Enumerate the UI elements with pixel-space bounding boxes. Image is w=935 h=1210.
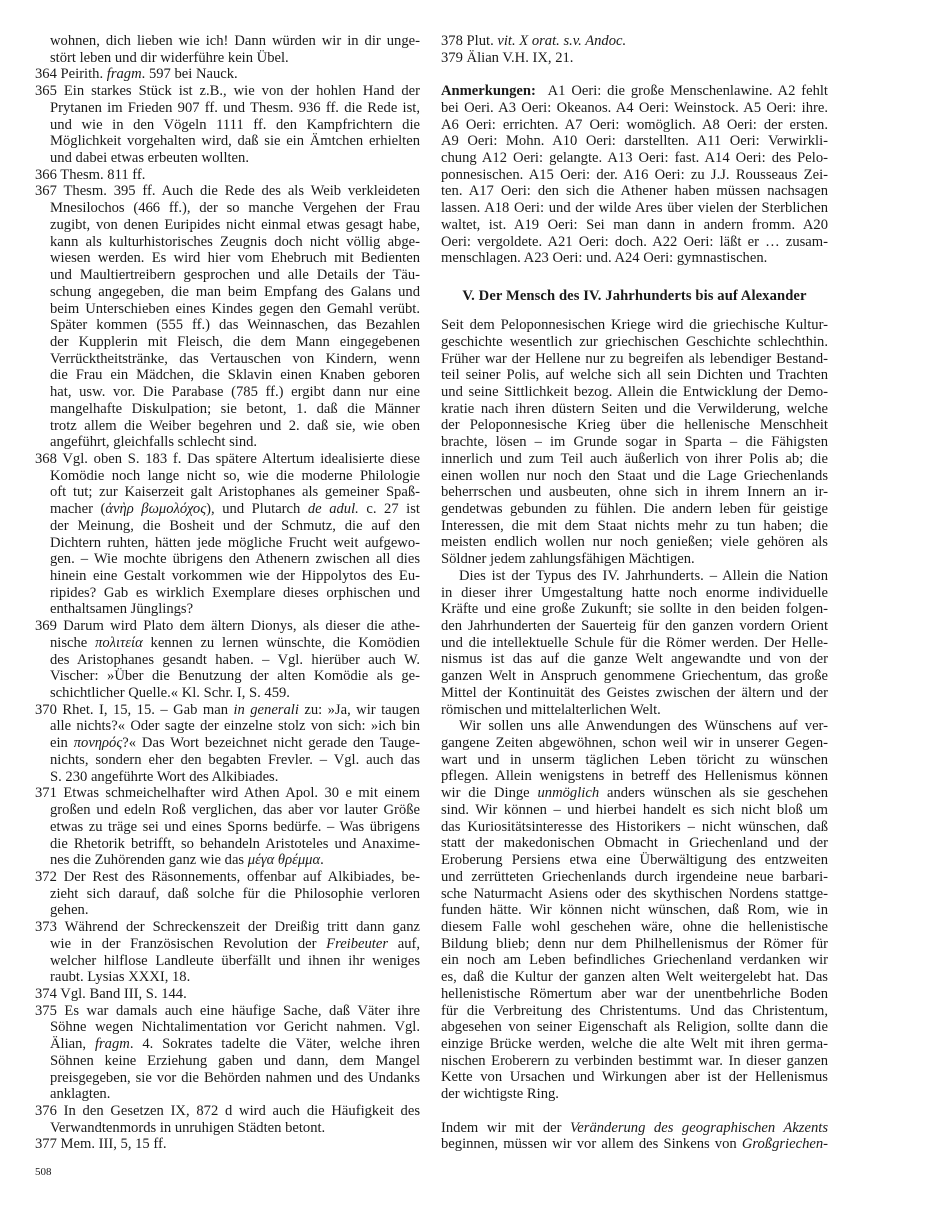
footnote-line: der Meinung, die Bosheit und der Schmutz…	[35, 518, 420, 535]
paragraph-line: gangene Zeiten abgewöhnen, schon weil wi…	[441, 735, 828, 752]
italic-text: ἀνὴρ βωμολόχος	[105, 501, 206, 517]
spacer	[441, 267, 828, 281]
footnote-line: 371 Etwas schmeichelhafter wird Athen Ap…	[35, 785, 420, 802]
paragraph-line: Dies ist der Typus des IV. Jahrhunderts.…	[441, 568, 828, 585]
footnote-line: gehen.	[35, 902, 420, 919]
paragraph-line: kratie nach ihren düstern Seiten und die…	[441, 401, 828, 418]
footnote-367: 367 Thesm. 395 ff. Auch die Rede des als…	[35, 183, 420, 451]
footnote-line: zieht sich darauf, daß solche für die Ph…	[35, 886, 420, 903]
footnote-line: hat, usw. vor. Die Parabase (785 ff.) er…	[35, 384, 420, 401]
footnote-line: 376 In den Gesetzen IX, 872 d wird auch …	[35, 1103, 420, 1120]
paragraph-line: einzige Brücke werden, welche die alte W…	[441, 1036, 828, 1053]
footnote-line: 364 Peirith. fragm. 597 bei Nauck.	[35, 66, 420, 83]
remarks-line: menschlagen. A23 Oeri: und. A24 Oeri: gy…	[441, 250, 828, 267]
paragraph-line: wart und in unserm täglichen Leben töric…	[441, 752, 828, 769]
section-heading: V. Der Mensch des IV. Jahrhunderts bis a…	[441, 287, 828, 305]
paragraph-line: den Jahrhunderten der Sauerteig für den …	[441, 618, 828, 635]
paragraph-line: für die Verbreitung des Christentums. Un…	[441, 1003, 828, 1020]
paragraph-line: hellenistische Römertum aber war der une…	[441, 986, 828, 1003]
paragraph-line: brachte, lösen – im Grunde sogar in Spar…	[441, 434, 828, 451]
footnote-line: 377 Mem. III, 5, 15 ff.	[35, 1136, 420, 1153]
paragraph-line: abgesehen von seiner Eigenschaft als Rel…	[441, 1019, 828, 1036]
paragraph-line: beherrschen und ausbeuten, ohne sich in …	[441, 484, 828, 501]
footnote-line: nes die Zuhörenden ganz wie das μέγα θρέ…	[35, 852, 420, 869]
footnote-369: 369 Darum wird Plato dem ältern Dionys, …	[35, 618, 420, 702]
footnote-374: 374 Vgl. Band III, S. 144.	[35, 986, 420, 1003]
footnote-line: Vischer: »Über die Benutzung der alten K…	[35, 668, 420, 685]
paragraph-line: Eroberung Persiens etwa eine Überwältigu…	[441, 852, 828, 869]
italic-text: Großgriechen-	[742, 1136, 828, 1152]
remarks-line: Oeri: vergoldete. A21 Oeri: doch. A22 Oe…	[441, 234, 828, 251]
body-paragraph: Dies ist der Typus des IV. Jahrhunderts.…	[441, 568, 828, 718]
footnote-364: 364 Peirith. fragm. 597 bei Nauck.	[35, 66, 420, 83]
paragraph-line: gendetwas gebunden zu fühlen. Die andern…	[441, 501, 828, 518]
body-paragraph: Seit dem Peloponnesischen Kriege wird di…	[441, 317, 828, 568]
footnote-line: 372 Der Rest des Räsonnements, offenbar …	[35, 869, 420, 886]
footnote-line: S. 230 angeführte Wort des Alkibiades.	[35, 769, 420, 786]
footnote-line: 366 Thesm. 811 ff.	[35, 167, 420, 184]
remarks-line: lassen. A18 Oeri: und der wilde Ares übe…	[441, 200, 828, 217]
footnote-line: des Aristophanes gesandt haben. – Vgl. h…	[35, 652, 420, 669]
paragraph-line: innerlich und zum Teil auch äußerlich vo…	[441, 451, 828, 468]
paragraph-line: diesem Falle wohl geschehen wäre, ohne d…	[441, 919, 828, 936]
footnote-line: nische πολιτεία kennen zu lernen wünscht…	[35, 635, 420, 652]
footnote-line: Komödie noch lange nicht so, wie die mod…	[35, 468, 420, 485]
footnote-line: 368 Vgl. oben S. 183 f. Das spätere Alte…	[35, 451, 420, 468]
body-paragraph: Wir sollen uns alle Anwendungen des Wüns…	[441, 718, 828, 1103]
footnote-line: enthaltsamen Jünglings?	[35, 601, 420, 618]
footnote-line: 365 Ein starkes Stück ist z.B., wie von …	[35, 83, 420, 100]
footnote-371: 371 Etwas schmeichelhafter wird Athen Ap…	[35, 785, 420, 869]
footnote-379: 379 Älian V.H. IX, 21.	[441, 50, 828, 67]
paragraph-line: in dieser ihrer Umgestaltung hatte noch …	[441, 585, 828, 602]
paragraph-line: und zerrütteten Griechenlands durch irge…	[441, 869, 828, 886]
footnote-370: 370 Rhet. I, 15, 15. – Gab man in genera…	[35, 702, 420, 786]
footnote-line: wiesen werden. Es wird hier vom Ehebruch…	[35, 250, 420, 267]
paragraph-line: ganzen Welt in Anspruch genommene Griech…	[441, 668, 828, 685]
paragraph-line: Seit dem Peloponnesischen Kriege wird di…	[441, 317, 828, 334]
footnote-line: etwas zu träge sei und eines Sporns bedü…	[35, 819, 420, 836]
footnote-377: 377 Mem. III, 5, 15 ff.	[35, 1136, 420, 1153]
paragraph-line: geschichte wesentlich zur griechischen G…	[441, 334, 828, 351]
footnote-line: Möglichkeit vorgehalten wird, daß sie ei…	[35, 133, 420, 150]
italic-text: μέγα θρέμμα	[248, 852, 320, 868]
footnote-line: die Rhetorik betrifft, so behandeln Aris…	[35, 836, 420, 853]
footnote-378: 378 Plut. vit. X orat. s.v. Andoc.	[441, 33, 828, 50]
footnote-line: und Maultiertreibern gesprochen und alle…	[35, 267, 420, 284]
footnote-376: 376 In den Gesetzen IX, 872 d wird auch …	[35, 1103, 420, 1136]
paragraph-line: funden hätte. Wir können nicht wünschen,…	[441, 902, 828, 919]
italic-text: Freibeuter	[326, 936, 388, 952]
footnote-line: Verrücktheitstränke, das Vertauschen von…	[35, 351, 420, 368]
paragraph-line: einen wollen nur noch den Staat und die …	[441, 468, 828, 485]
footnote-line: trotz allem die Weiber begehren und 2. d…	[35, 418, 420, 435]
paragraph-line: Kette von Ursachen und Wirkungen aber is…	[441, 1069, 828, 1086]
footnote-line: preisgegeben, sie vor die Behörden nahme…	[35, 1070, 420, 1087]
footnote-line: Später kommen (555 ff.) das Weinnaschen,…	[35, 317, 420, 334]
footnote-continuation-line: wohnen, dich lieben wie ich! Dann würden…	[35, 33, 420, 50]
remarks-label: Anmerkungen:	[441, 83, 548, 99]
footnote-line: 370 Rhet. I, 15, 15. – Gab man in genera…	[35, 702, 420, 719]
paragraph-line: Mittel der Kontinuität des Geistes zwisc…	[441, 685, 828, 702]
italic-text: Veränderung des geographischen Akzents	[570, 1120, 828, 1136]
paragraph-line: ein noch am Leben befindliches Griechenl…	[441, 952, 828, 969]
paragraph-line: Wir sollen uns alle Anwendungen des Wüns…	[441, 718, 828, 735]
footnote-line: raubt. Lysias XXXI, 18.	[35, 969, 420, 986]
paragraph-line: nismus ist das auf die ganze Welt angewa…	[441, 651, 828, 668]
footnote-line: alle nichts?« Oder sagte der einzelne st…	[35, 718, 420, 735]
footnote-line: Söhnen keine Erziehung gaben und dann, d…	[35, 1053, 420, 1070]
paragraph-line: römischen und mittelalterlichen Welt.	[441, 702, 828, 719]
paragraph-line: der wichtigste Ring.	[441, 1086, 828, 1103]
paragraph-line: sche Naturmacht Asiens oder des skythisc…	[441, 886, 828, 903]
paragraph-line: der Peloponnesische Krieg über die helle…	[441, 417, 828, 434]
footnote-line: Söhne wegen Nichtalimentation vor Gerich…	[35, 1019, 420, 1036]
remarks-line: Anmerkungen: A1 Oeri: die große Menschen…	[441, 83, 828, 100]
paragraph-line: Interessen, die mit dem Staat nichts meh…	[441, 518, 828, 535]
italic-text: in generali	[233, 702, 298, 718]
footnote-line: Verwandtenmords in unruhigen Städten bet…	[35, 1120, 420, 1137]
footnote-line: 379 Älian V.H. IX, 21.	[441, 50, 828, 67]
footnote-line: wie in der Französischen Revolution der …	[35, 936, 420, 953]
paragraph-line: Bildung blieb; denn nur dem Philhellenis…	[441, 936, 828, 953]
footnote-line: schung angegeben, die man beim Empfang d…	[35, 284, 420, 301]
footnote-line: gen. – Wie mochte übrigens den Athenern …	[35, 551, 420, 568]
paragraph-line: Kräfte und eine große Zukunft; sie sollt…	[441, 601, 828, 618]
footnote-368: 368 Vgl. oben S. 183 f. Das spätere Alte…	[35, 451, 420, 618]
footnote-line: 375 Es war damals auch eine häufige Sach…	[35, 1003, 420, 1020]
footnote-line: ripides? Gab es wirklich Exemplare diese…	[35, 585, 420, 602]
footnote-line: beim Unterschieben eines Kindes gegen de…	[35, 301, 420, 318]
footnote-line: großen und edeln Roß verglichen, das abe…	[35, 802, 420, 819]
paragraph-line: und seine Sittlichkeit bezog. Allein die…	[441, 384, 828, 401]
footnote-line: schichtlicher Quelle.« Kl. Schr. I, S. 4…	[35, 685, 420, 702]
footnote-line: oft tut; zur Kaiserzeit galt Aristophane…	[35, 484, 420, 501]
footnote-line: Prytanen im Frieden 907 ff. und Thesm. 9…	[35, 100, 420, 117]
italic-text: πολιτεία	[95, 635, 143, 651]
footnote-line: und dabei etwas erbeuten wollten.	[35, 150, 420, 167]
paragraph-line: das Kuriositätsinteresse des Historikers…	[441, 819, 828, 836]
italic-text: de adul.	[308, 501, 359, 517]
paragraph-line: meisten endlich wollen nur noch genießen…	[441, 534, 828, 551]
paragraph-line: und die intellektuelle Schule für die Rö…	[441, 635, 828, 652]
italic-text: fragm	[95, 1036, 130, 1052]
footnote-line: macher (ἀνὴρ βωμολόχος), und Plutarch de…	[35, 501, 420, 518]
footnote-line: nichts, sondern eher den begabten Frevle…	[35, 752, 420, 769]
footnote-line: 367 Thesm. 395 ff. Auch die Rede des als…	[35, 183, 420, 200]
footnote-line: angeführt, gleichfalls schlecht sind.	[35, 434, 420, 451]
footnote-line: kann als kulturhistorisches Zeugnis doch…	[35, 234, 420, 251]
italic-text: fragm	[107, 66, 142, 82]
italic-text: vit. X orat. s.v. Andoc.	[497, 33, 626, 49]
footnote-line: hinein eine Gestalt vorkommen wie der Hi…	[35, 568, 420, 585]
paragraph-line: pflegen. Allein wenigstens in betreff de…	[441, 768, 828, 785]
footnote-line: Mnesilochos (466 ff.), der so manche Ver…	[35, 200, 420, 217]
paragraph-line: nischen Eroberern zu verbinden bestimmt …	[441, 1053, 828, 1070]
footnote-line: anklagten.	[35, 1086, 420, 1103]
footnote-line: welcher hilflose Landleute überfällt und…	[35, 953, 420, 970]
remarks-line: A9 Oeri: Mohn. A10 Oeri: darstellten. A1…	[441, 133, 828, 150]
paragraph-line: wir die Dinge unmöglich anders wünschen …	[441, 785, 828, 802]
footnote-372: 372 Der Rest des Räsonnements, offenbar …	[35, 869, 420, 919]
paragraph-line: teil seiner Polis, auf welche sich all s…	[441, 367, 828, 384]
italic-text: πονηρός	[74, 735, 123, 751]
page-number: 508	[35, 1166, 52, 1178]
remarks-block: Anmerkungen: A1 Oeri: die große Menschen…	[441, 83, 828, 267]
body-paragraph: Indem wir mit der Veränderung des geogra…	[441, 1120, 828, 1153]
paragraph-line: sind. Wir können – und hierbei handelt e…	[441, 802, 828, 819]
footnote-366: 366 Thesm. 811 ff.	[35, 167, 420, 184]
footnote-line: 374 Vgl. Band III, S. 144.	[35, 986, 420, 1003]
paragraph-line: Indem wir mit der Veränderung des geogra…	[441, 1120, 828, 1137]
footnote-line: und wie in den Vögeln 1111 ff. den Kampf…	[35, 117, 420, 134]
italic-text: unmöglich	[538, 785, 600, 801]
spacer	[441, 66, 828, 83]
footnote-line: 378 Plut. vit. X orat. s.v. Andoc.	[441, 33, 828, 50]
spacer	[441, 1103, 828, 1120]
paragraph-line: es, daß die Kultur der ganzen alten Welt…	[441, 969, 828, 986]
footnote-line: der Kupplerin mit Fleisch, die dem Mann …	[35, 334, 420, 351]
remarks-line: A6 Oeri: errichten. A7 Oeri: womöglich. …	[441, 117, 828, 134]
paragraph-line: statt der makedonischen Obmacht in Griec…	[441, 835, 828, 852]
footnote-365: 365 Ein starkes Stück ist z.B., wie von …	[35, 83, 420, 167]
footnote-line: Älian, fragm. 4. Sokrates tadelte die Vä…	[35, 1036, 420, 1053]
footnote-line: mangelhafte Diskulpation; sie betont, 1.…	[35, 401, 420, 418]
footnote-line: die Frau ein Mädchen, die Sklavin einen …	[35, 367, 420, 384]
paragraph-line: Früher war der Hellene nur zu begreifen …	[441, 351, 828, 368]
footnote-line: zugibt, von denen Euripides nicht einmal…	[35, 217, 420, 234]
footnote-line: 369 Darum wird Plato dem ältern Dionys, …	[35, 618, 420, 635]
footnote-373: 373 Während der Schreckenszeit der Dreiß…	[35, 919, 420, 986]
footnote-continuation-line: stört leben und dir widerführe kein Übel…	[35, 50, 420, 67]
remarks-line: chung A12 Oeri: gelangte. A13 Oeri: fast…	[441, 150, 828, 167]
right-column: 378 Plut. vit. X orat. s.v. Andoc.379 Äl…	[441, 33, 828, 1153]
remarks-line: waltet, ist. A19 Oeri: Sei man dann in a…	[441, 217, 828, 234]
paragraph-line: beginnen, müssen wir vor allem des Sinke…	[441, 1136, 828, 1153]
left-column: wohnen, dich lieben wie ich! Dann würden…	[35, 33, 420, 1153]
remarks-line: ponnesischen. A15 Oeri: der. A16 Oeri: z…	[441, 167, 828, 184]
remarks-line: bei Oeri. A3 Oeri: Okeanos. A4 Oeri: Wei…	[441, 100, 828, 117]
footnote-line: 373 Während der Schreckenszeit der Dreiß…	[35, 919, 420, 936]
remarks-line: ten. A17 Oeri: den sich die Athener habe…	[441, 183, 828, 200]
footnote-line: ein πονηρός?« Das Wort bezeichnet nicht …	[35, 735, 420, 752]
footnote-375: 375 Es war damals auch eine häufige Sach…	[35, 1003, 420, 1103]
paragraph-line: Söldner jedem zahlungsfähigen Mächtigen.	[441, 551, 828, 568]
footnote-line: Dichtern ruhten, hätten jede mögliche Fr…	[35, 535, 420, 552]
